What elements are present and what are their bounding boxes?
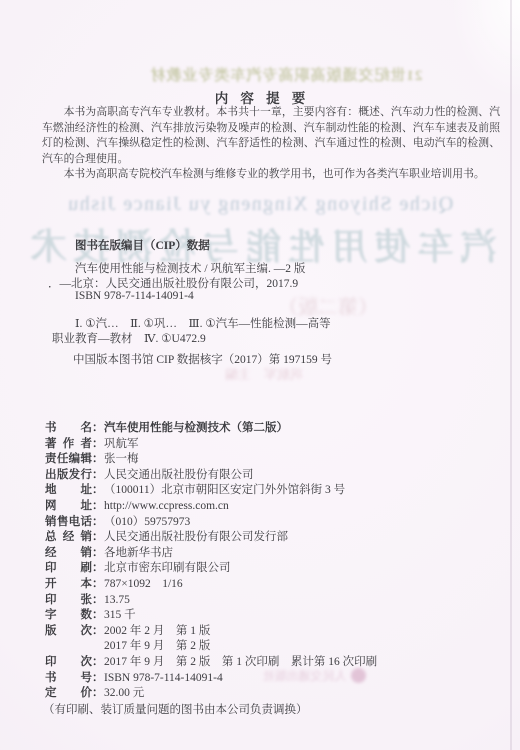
- info-value: 汽车使用性能与检测技术（第二版）: [104, 422, 288, 434]
- info-row-price: 定价：32.00 元: [45, 686, 495, 702]
- info-value: 人民交通出版社股份有限公司: [104, 469, 254, 481]
- info-row-sales-phone: 销售电话：（010）59757973: [45, 515, 495, 531]
- info-row-printing: 印次：2017 年 9 月 第 2 版 第 1 次印刷 累计第 16 次印刷: [45, 655, 495, 671]
- info-label: 印刷: [45, 561, 92, 577]
- cip-classification-line-1: Ⅰ. ①汽… Ⅱ. ①巩… Ⅲ. ①汽车—性能检测—高等: [75, 315, 331, 331]
- info-label: 责任编辑: [45, 452, 92, 468]
- info-label: 字数: [45, 608, 92, 624]
- info-value: 张一梅: [104, 453, 139, 465]
- info-value: 巩航军: [104, 438, 139, 450]
- info-label: 经销: [45, 546, 92, 562]
- info-colon: ：: [92, 515, 104, 531]
- info-colon: ：: [92, 593, 104, 609]
- info-colon: ：: [92, 577, 104, 593]
- info-colon: ：: [92, 437, 104, 453]
- info-colon: ：: [92, 499, 104, 515]
- info-row-editor: 责任编辑：张一梅: [45, 452, 495, 468]
- quality-exchange-note: （有印刷、装订质量问题的图书由本公司负责调换）: [43, 703, 495, 719]
- info-label: 网址: [45, 499, 92, 515]
- info-colon: ：: [92, 483, 104, 499]
- summary-heading: 内容提要: [0, 87, 520, 107]
- info-row-address: 地址：（100011）北京市朝阳区安定门外外馆斜街 3 号: [45, 483, 495, 499]
- info-value: http://www.ccpress.com.cn: [104, 500, 229, 512]
- info-colon: ：: [92, 561, 104, 577]
- info-colon: ：: [92, 686, 104, 702]
- info-colon: ：: [92, 655, 104, 671]
- info-row-sheets: 印张：13.75: [45, 593, 495, 609]
- info-row-edition: 版次：2002 年 2 月 第 1 版: [45, 624, 495, 640]
- cip-publisher-line: ．—北京：人民交通出版社股份有限公司，2017.9: [48, 275, 298, 291]
- info-row-book-title: 书名：汽车使用性能与检测技术（第二版）: [45, 421, 495, 437]
- cip-title-line: 汽车使用性能与检测技术 / 巩航军主编. —2 版: [75, 260, 305, 276]
- info-value: （100011）北京市朝阳区安定门外外馆斜街 3 号: [104, 484, 345, 496]
- cip-heading: 图书在版编目（CIP）数据: [75, 237, 210, 253]
- info-label: 定价: [45, 686, 92, 702]
- info-value: 315 千: [104, 609, 136, 621]
- info-colon: ：: [92, 452, 104, 468]
- info-row-website: 网址：http://www.ccpress.com.cn: [45, 499, 495, 515]
- info-value: 人民交通出版社股份有限公司发行部: [104, 531, 288, 543]
- info-value: 各地新华书店: [104, 547, 173, 559]
- cip-isbn-line: ISBN 978-7-114-14091-4: [75, 290, 194, 302]
- info-value: （010）59757973: [104, 516, 190, 528]
- publication-info: 书名：汽车使用性能与检测技术（第二版） 著作者：巩航军 责任编辑：张一梅 出版发…: [45, 421, 495, 718]
- info-row-distributor: 经销：各地新华书店: [45, 546, 495, 562]
- summary-paragraph-1: 本书为高职高专汽车专业教材。本书共十一章，主要内容有：概述、汽车动力性的检测、汽…: [42, 105, 500, 167]
- summary-paragraph-2: 本书为高职高专院校汽车检测与维修专业的教学用书，也可作为各类汽车职业培训用书。: [42, 167, 500, 183]
- info-colon: ：: [92, 624, 104, 640]
- info-label: 销售电话: [45, 515, 92, 531]
- cip-record-number: 中国版本图书馆 CIP 数据核字（2017）第 197159 号: [73, 351, 332, 367]
- info-colon: ：: [92, 530, 104, 546]
- info-colon: ：: [92, 671, 104, 687]
- info-colon: ：: [92, 468, 104, 484]
- info-label: 开本: [45, 577, 92, 593]
- cip-classification-line-2: 职业教育—教材 Ⅳ. ①U472.9: [52, 330, 206, 346]
- info-value: 北京市密东印刷有限公司: [104, 562, 231, 574]
- info-row-word-count: 字数：315 千: [45, 608, 495, 624]
- info-label: 总经销: [45, 530, 92, 546]
- info-label: 著作者: [45, 437, 92, 453]
- info-row-format: 开本：787×1092 1/16: [45, 577, 495, 593]
- info-label: 版次: [45, 624, 92, 640]
- info-value: 32.00 元: [104, 687, 144, 699]
- info-row-edition-continued: ：2017 年 9 月 第 2 版: [45, 639, 495, 655]
- info-value: ISBN 978-7-114-14091-4: [104, 672, 223, 684]
- info-value: 2002 年 2 月 第 1 版: [104, 625, 210, 637]
- info-label: 印次: [45, 655, 92, 671]
- info-row-author: 著作者：巩航军: [45, 437, 495, 453]
- info-label: 出版发行: [45, 468, 92, 484]
- scanned-copyright-page: 21世纪交通版高职高专汽车类专业教材 Qiche Shiyong Xingnen…: [0, 0, 520, 750]
- info-label: 书号: [45, 671, 92, 687]
- info-value: 787×1092 1/16: [104, 578, 183, 590]
- info-value: 2017 年 9 月 第 2 版: [104, 640, 210, 652]
- info-row-general-distributor: 总经销：人民交通出版社股份有限公司发行部: [45, 530, 495, 546]
- info-row-printer: 印刷：北京市密东印刷有限公司: [45, 561, 495, 577]
- info-colon: ：: [92, 421, 104, 437]
- info-row-publisher: 出版发行：人民交通出版社股份有限公司: [45, 468, 495, 484]
- info-value: 2017 年 9 月 第 2 版 第 1 次印刷 累计第 16 次印刷: [104, 656, 377, 668]
- info-colon: ：: [92, 608, 104, 624]
- summary-body: 本书为高职高专汽车专业教材。本书共十一章，主要内容有：概述、汽车动力性的检测、汽…: [42, 105, 500, 183]
- info-colon: ：: [92, 546, 104, 562]
- info-label: 地址: [45, 483, 92, 499]
- info-row-isbn: 书号：ISBN 978-7-114-14091-4: [45, 671, 495, 687]
- page-content: 内容提要 本书为高职高专汽车专业教材。本书共十一章，主要内容有：概述、汽车动力性…: [0, 0, 520, 750]
- info-label: 印张: [45, 593, 92, 609]
- info-label: 书名: [45, 421, 92, 437]
- info-value: 13.75: [104, 594, 130, 606]
